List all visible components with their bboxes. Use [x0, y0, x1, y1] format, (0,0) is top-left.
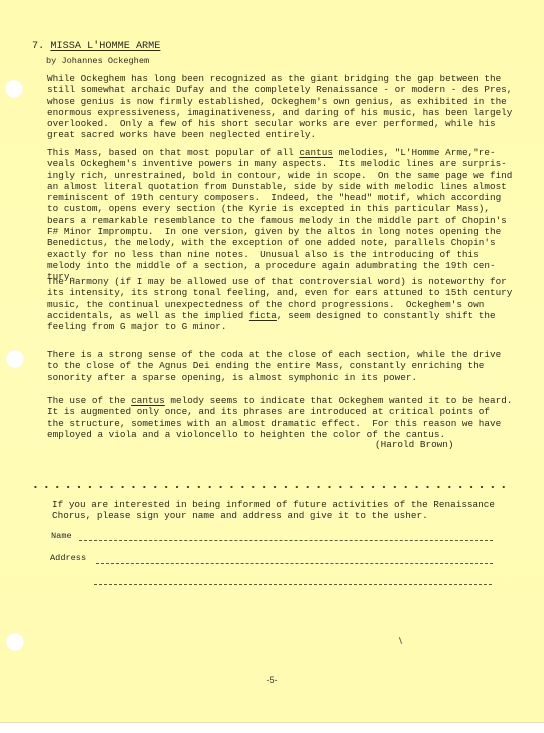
text-line: veals Ockeghem's inventive powers in man… — [47, 158, 507, 169]
name-field[interactable] — [79, 540, 493, 541]
paragraph-coda: There is a strong sense of the coda at t… — [47, 349, 501, 383]
text-line: melody into the middle of a section, a p… — [47, 260, 496, 271]
paragraph-cantus: The use of the cantus melody seems to in… — [47, 395, 512, 440]
text-fragment: accidentals, as well as the implied — [47, 310, 249, 321]
text-line: bears a remarkable resemblance to the fa… — [47, 215, 507, 226]
text-line: The Harmony (if I may be allowed use of … — [47, 276, 507, 287]
text-line: It is augmented only once, and its phras… — [47, 406, 490, 417]
piece-title: MISSA L'HOMME ARME — [50, 41, 166, 52]
text-line: an almost literal quotation from Dunstab… — [47, 181, 507, 192]
text-line: Chorus, please sign your name and addres… — [52, 510, 428, 521]
text-line: enormous expressiveness, imaginativeness… — [47, 107, 512, 118]
text-line: to the close of the Agnus Dei ending the… — [47, 360, 484, 371]
underlined-term: ficta — [249, 310, 277, 321]
paragraph-mass-description: This Mass, based on that most popular of… — [47, 147, 512, 283]
punch-hole — [6, 633, 24, 651]
text-line: overlooked. Only a few of his short secu… — [47, 118, 496, 129]
text-line: whose genius is now firmly established, … — [47, 96, 507, 107]
text-line: feeling from G major to G minor. — [47, 321, 226, 332]
punch-hole — [6, 350, 24, 368]
text-line: its intensity, its strong tonal feeling,… — [47, 287, 512, 298]
text-line: Benedictus, the melody, with the excepti… — [47, 237, 496, 248]
page-number: -5- — [0, 675, 544, 685]
punch-hole — [5, 80, 23, 98]
text-line: great sacred works have been neglected e… — [47, 129, 316, 140]
underlined-term: cantus — [131, 395, 165, 406]
name-label: Name — [51, 531, 72, 541]
underlined-term: cantus — [299, 147, 333, 158]
section-number: 7. — [32, 41, 44, 52]
text-line: reminiscent of 19th century composers. I… — [47, 192, 501, 203]
address-label: Address — [50, 553, 86, 563]
address-field[interactable] — [96, 563, 493, 564]
text-line: still somewhat archaic Dufay and the com… — [47, 84, 512, 95]
text-line: the structure, sometimes with an almost … — [47, 418, 501, 429]
text-line: sonority after a sparse opening, is almo… — [47, 372, 417, 383]
dotted-separator — [30, 485, 512, 489]
section-heading: 7. MISSA L'HOMME ARME — [32, 41, 166, 53]
text-fragment: This Mass, based on that most popular of… — [47, 147, 299, 158]
text-fragment: melody seems to indicate that Ockeghem w… — [165, 395, 513, 406]
paragraph-harmony: The Harmony (if I may be allowed use of … — [47, 276, 512, 332]
document-page: 7. MISSA L'HOMME ARME by Johannes Ockegh… — [0, 0, 544, 723]
mailing-list-notice: If you are interested in being informed … — [52, 499, 495, 522]
text-line: F# Minor Impromptu. In one version, give… — [47, 226, 501, 237]
stray-pen-mark — [399, 637, 402, 644]
composer-byline: by Johannes Ockeghem — [46, 56, 149, 67]
text-line: to custom, opens every section (the Kyri… — [47, 203, 490, 214]
text-fragment: melodies, "L'Homme Arme,"re- — [333, 147, 496, 158]
text-line: While Ockeghem has long been recognized … — [47, 73, 501, 84]
address-field-line-2[interactable] — [94, 584, 492, 585]
paragraph-intro: While Ockeghem has long been recognized … — [47, 73, 512, 141]
text-line: ingly rich, unrestrained, bold in contou… — [47, 170, 512, 181]
text-line: There is a strong sense of the coda at t… — [47, 349, 501, 360]
text-line: exactly for no less than nine notes. Unu… — [47, 249, 479, 260]
text-line: music, the continual unexpectedness of t… — [47, 299, 484, 310]
author-signature: (Harold Brown) — [375, 439, 454, 450]
text-line: If you are interested in being informed … — [52, 499, 495, 510]
text-fragment: The use of the — [47, 395, 131, 406]
text-fragment: , seem designed to constantly shift the — [277, 310, 496, 321]
